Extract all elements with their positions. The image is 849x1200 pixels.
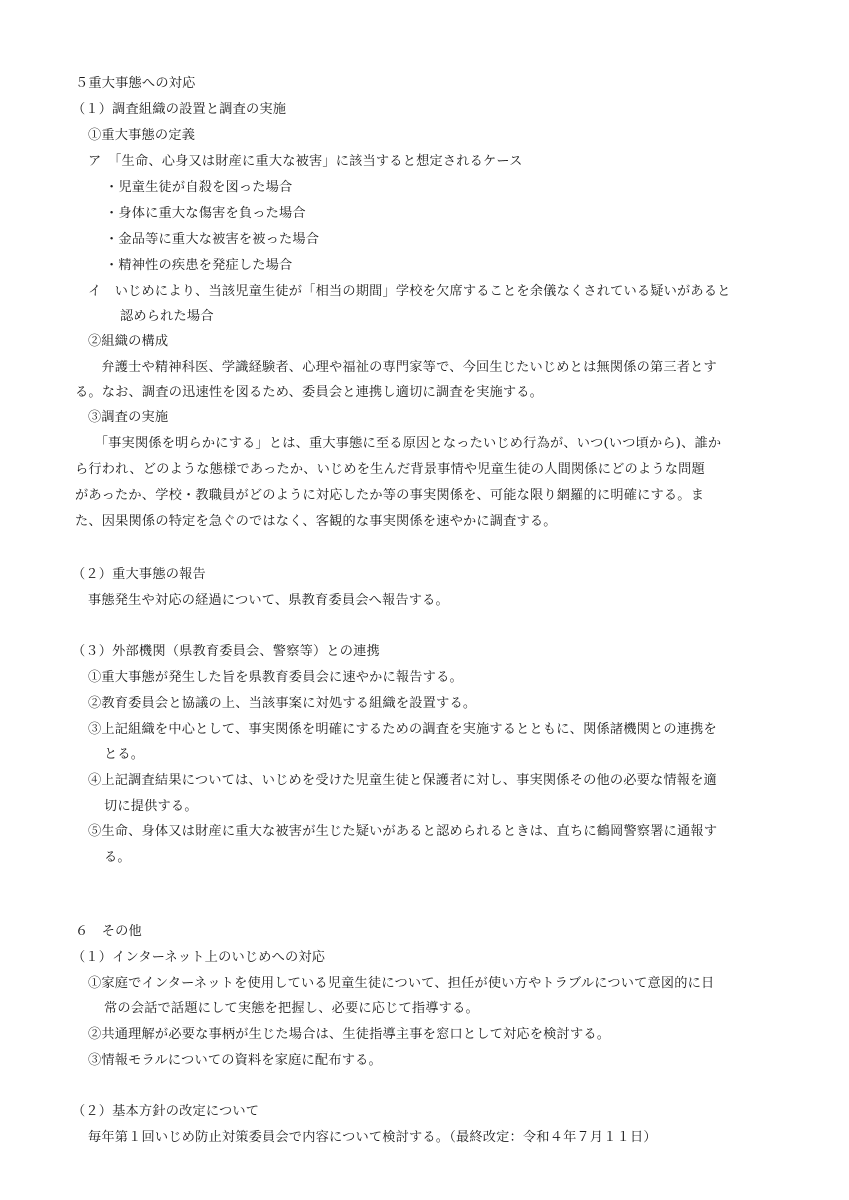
- definition-i-cont: 認められた場合: [120, 308, 214, 326]
- section-5-3-heading: （３）外部機関（県教育委員会、警察等）との連携: [72, 643, 380, 661]
- section-5-2-heading: （２）重大事態の報告: [72, 566, 206, 584]
- section-5-1-heading: （１）調査組織の設置と調査の実施: [72, 101, 286, 119]
- paragraph-line: 毎年第１回いじめ防止対策委員会で内容について検討する。（最終改定：令和４年７月１…: [88, 1129, 657, 1147]
- list-item: ③情報モラルについての資料を家庭に配布する。: [88, 1052, 382, 1070]
- paragraph-line: 「事実関係を明らかにする」とは、重大事態に至る原因となったいじめ行為が、いつ(い…: [88, 435, 721, 453]
- section-6-heading: ６ その他: [75, 923, 142, 941]
- definition-bullet: ・身体に重大な傷害を負った場合: [105, 205, 306, 223]
- list-item: ②教育委員会と協議の上、当該事案に対処する組織を設置する。: [88, 695, 476, 713]
- list-item-cont: 切に提供する。: [104, 798, 198, 816]
- item-investigation-heading: ③調査の実施: [88, 409, 168, 427]
- list-item: ②共通理解が必要な事柄が生じた場合は、生徒指導主事を窓口として対応を検討する。: [88, 1026, 610, 1044]
- definition-i: イ いじめにより、当該児童生徒が「相当の期間」学校を欠席することを余儀なくされて…: [88, 283, 731, 301]
- section-6-2-heading: （２）基本方針の改定について: [72, 1103, 259, 1121]
- definition-bullet: ・児童生徒が自殺を図った場合: [105, 179, 292, 197]
- list-item-cont: とる。: [104, 746, 144, 764]
- list-item: ①家庭でインターネットを使用している児童生徒について、担任が使い方やトラブルにつ…: [88, 975, 714, 993]
- item-definition-heading: ①重大事態の定義: [88, 127, 195, 145]
- paragraph-line: た、因果関係の特定を急ぐのではなく、客観的な事実関係を速やかに調査する。: [75, 513, 557, 531]
- item-organization-heading: ②組織の構成: [88, 333, 168, 351]
- list-item: ④上記調査結果については、いじめを受けた児童生徒と保護者に対し、事実関係その他の…: [88, 772, 717, 790]
- list-item: ⑤生命、身体又は財産に重大な被害が生じた疑いがあると認められるときは、直ちに鶴岡…: [88, 823, 717, 841]
- section-5-heading: ５重大事態への対応: [75, 75, 196, 93]
- list-item-cont: る。: [104, 849, 131, 867]
- paragraph-line: 弁護士や精神科医、学識経験者、心理や福祉の専門家等で、今回生じたいじめとは無関係…: [88, 359, 717, 377]
- definition-bullet: ・金品等に重大な被害を被った場合: [105, 231, 319, 249]
- definition-a: ア 「生命、心身又は財産に重大な被害」に該当すると想定されるケース: [88, 153, 523, 171]
- paragraph-line: る。なお、調査の迅速性を図るため、委員会と連携し適切に調査を実施する。: [75, 384, 543, 402]
- list-item: ①重大事態が発生した旨を県教育委員会に速やかに報告する。: [88, 669, 463, 687]
- section-6-1-heading: （１）インターネット上のいじめへの対応: [72, 949, 325, 967]
- paragraph-line: があったか、学校・教職員がどのように対応したか等の事実関係を、可能な限り網羅的に…: [75, 487, 704, 505]
- definition-bullet: ・精神性の疾患を発症した場合: [105, 257, 292, 275]
- list-item-cont: 常の会話で話題にして実態を把握し、必要に応じて指導する。: [104, 1000, 479, 1018]
- list-item: ③上記組織を中心として、事実関係を明確にするための調査を実施するとともに、関係諸…: [88, 721, 717, 739]
- paragraph-line: 事態発生や対応の経過について、県教育委員会へ報告する。: [88, 592, 449, 610]
- paragraph-line: ら行われ、どのような態様であったか、いじめを生んだ背景事情や児童生徒の人間関係に…: [75, 461, 705, 479]
